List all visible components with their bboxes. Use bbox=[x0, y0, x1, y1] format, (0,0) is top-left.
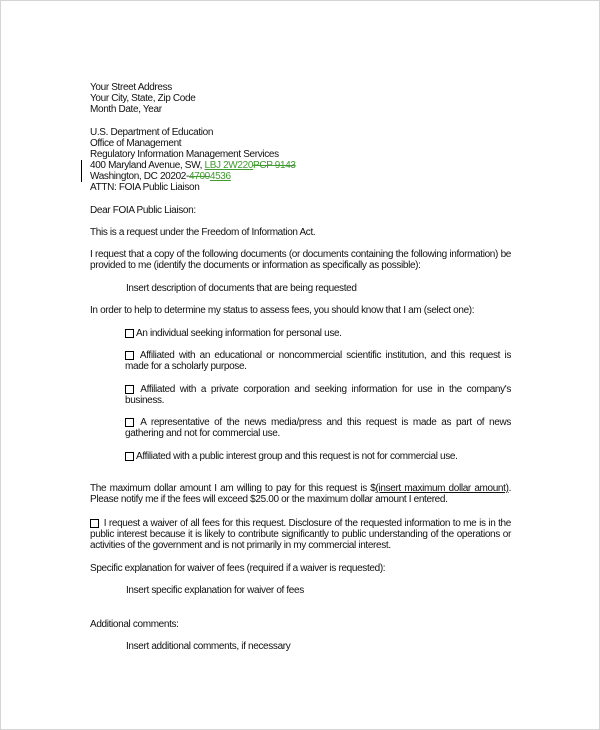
sender-city-state-zip[interactable]: Your City, State, Zip Code bbox=[90, 93, 511, 104]
max-amount-field[interactable]: (insert maximum dollar amount) bbox=[376, 483, 509, 494]
fee-paragraph: The maximum dollar amount I am willing t… bbox=[90, 483, 511, 505]
city-text: Washington, DC 20202- bbox=[90, 171, 189, 182]
checkbox[interactable] bbox=[125, 452, 134, 461]
checkbox[interactable] bbox=[125, 329, 134, 338]
comments-placeholder[interactable]: Insert additional comments, if necessary bbox=[126, 641, 290, 652]
comments-label: Additional comments: bbox=[90, 619, 511, 630]
deleted-zip: 4700 bbox=[189, 171, 210, 182]
option-label: A representative of the news media/press… bbox=[125, 417, 511, 439]
inserted-room: LBJ 2W220 bbox=[204, 160, 253, 171]
deleted-room: PCP 9143 bbox=[253, 160, 296, 171]
waiver-text: I request a waiver of all fees for this … bbox=[90, 518, 511, 551]
fee-prefix: The maximum dollar amount I am willing t… bbox=[90, 483, 376, 494]
option-label: Affiliated with a private corporation an… bbox=[125, 384, 511, 406]
recipient-city: Washington, DC 20202-47004536 bbox=[90, 171, 511, 182]
street-text: 400 Maryland Avenue, SW, bbox=[90, 160, 204, 171]
status-option-commercial: Affiliated with a private corporation an… bbox=[125, 384, 511, 406]
option-label: Affiliated with a public interest group … bbox=[136, 451, 458, 462]
recipient-org: U.S. Department of Education bbox=[90, 127, 511, 138]
recipient-attn: ATTN: FOIA Public Liaison bbox=[90, 182, 511, 193]
waiver-paragraph: I request a waiver of all fees for this … bbox=[90, 518, 511, 551]
waiver-explanation-placeholder[interactable]: Insert specific explanation for waiver o… bbox=[126, 585, 304, 596]
intro-paragraph: This is a request under the Freedom of I… bbox=[90, 227, 511, 238]
sender-address-block: Your Street Address Your City, State, Zi… bbox=[90, 82, 511, 115]
inserted-zip: 4536 bbox=[210, 171, 231, 182]
checkbox[interactable] bbox=[125, 351, 134, 360]
salutation: Dear FOIA Public Liaison: bbox=[90, 205, 511, 216]
checkbox[interactable] bbox=[125, 385, 134, 394]
status-option-news-media: A representative of the news media/press… bbox=[125, 417, 511, 439]
waiver-checkbox[interactable] bbox=[90, 519, 99, 528]
recipient-office: Office of Management bbox=[90, 138, 511, 149]
checkbox[interactable] bbox=[125, 418, 134, 427]
status-prompt: In order to help to determine my status … bbox=[90, 305, 511, 316]
status-option-public-interest: Affiliated with a public interest group … bbox=[125, 451, 511, 462]
status-option-educational: Affiliated with an educational or noncom… bbox=[125, 350, 511, 372]
document-page: Your Street Address Your City, State, Zi… bbox=[0, 0, 600, 730]
request-paragraph: I request that a copy of the following d… bbox=[90, 249, 511, 271]
sender-street[interactable]: Your Street Address bbox=[90, 82, 511, 93]
status-option-personal: An individual seeking information for pe… bbox=[125, 328, 511, 339]
waiver-explanation-label: Specific explanation for waiver of fees … bbox=[90, 563, 511, 574]
tracked-change-bar bbox=[81, 160, 82, 182]
recipient-address-block: U.S. Department of Education Office of M… bbox=[90, 127, 511, 193]
option-label: Affiliated with an educational or noncom… bbox=[125, 350, 511, 372]
documents-placeholder[interactable]: Insert description of documents that are… bbox=[126, 283, 357, 294]
option-label: An individual seeking information for pe… bbox=[136, 328, 342, 339]
letter-date[interactable]: Month Date, Year bbox=[90, 104, 511, 115]
recipient-division: Regulatory Information Management Servic… bbox=[90, 149, 511, 160]
recipient-street: 400 Maryland Avenue, SW, LBJ 2W220PCP 91… bbox=[90, 160, 511, 171]
